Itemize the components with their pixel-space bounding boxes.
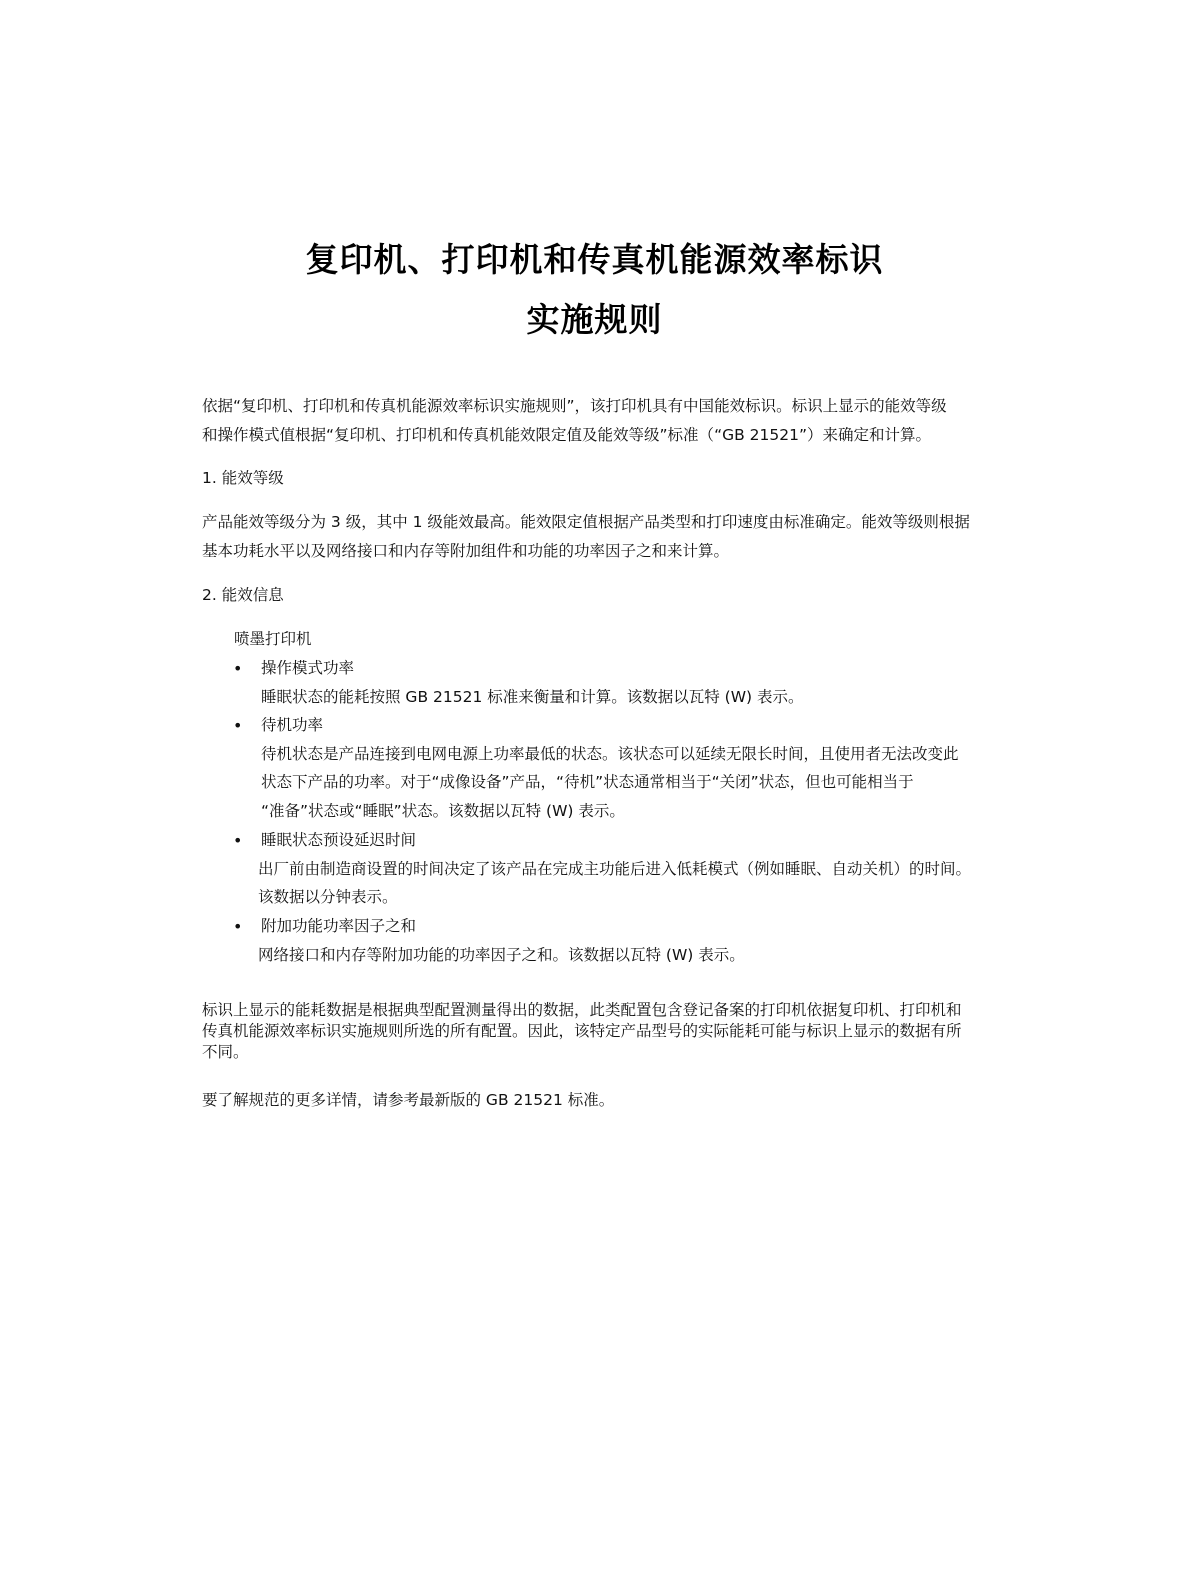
list-item-title: 附加功能功率因子之和	[261, 912, 1101, 941]
document-title-line1: 复印机、打印机和传真机能源效率标识	[0, 234, 1189, 281]
bullet-icon: •	[233, 711, 243, 740]
bullet-icon: •	[233, 826, 243, 855]
list-item-text: 出厂前由制造商设置的时间决定了该产品在完成主功能后进入低耗模式（例如睡眠、自动关…	[258, 855, 1098, 884]
bullet-icon: •	[233, 912, 243, 941]
intro-paragraph-line1: 依据“复印机、打印机和传真机能源效率标识实施规则”，该打印机具有中国能效标识。标…	[202, 392, 1042, 421]
section1-heading: 1. 能效等级	[202, 464, 1042, 493]
list-item-title: 操作模式功率	[261, 654, 1101, 683]
note-paragraph-line1: 标识上显示的能耗数据是根据典型配置测量得出的数据，此类配置包含登记备案的打印机依…	[202, 1000, 1042, 1020]
list-item-title: 睡眠状态预设延迟时间	[261, 826, 1101, 855]
list-item-text: 待机状态是产品连接到电网电源上功率最低的状态。该状态可以延续无限长时间，且使用者…	[261, 740, 1101, 769]
closing-paragraph: 要了解规范的更多详情，请参考最新版的 GB 21521 标准。	[202, 1086, 1042, 1115]
section1-body-line2: 基本功耗水平以及网络接口和内存等附加组件和功能的功率因子之和来计算。	[202, 537, 1042, 566]
list-item-title: 待机功率	[261, 711, 1101, 740]
section1-body-line1: 产品能效等级分为 3 级，其中 1 级能效最高。能效限定值根据产品类型和打印速度…	[202, 508, 1042, 537]
note-paragraph-line3: 不同。	[202, 1042, 1042, 1062]
note-paragraph-line2: 传真机能源效率标识实施规则所选的所有配置。因此，该特定产品型号的实际能耗可能与标…	[202, 1021, 1042, 1041]
list-item-text: 睡眠状态的能耗按照 GB 21521 标准来衡量和计算。该数据以瓦特 (W) 表…	[261, 683, 1101, 712]
section2-subheading: 喷墨打印机	[234, 625, 1074, 654]
section2-heading: 2. 能效信息	[202, 581, 1042, 610]
intro-paragraph-line2: 和操作模式值根据“复印机、打印机和传真机能效限定值及能效等级”标准（“GB 21…	[202, 421, 1042, 450]
list-item-text: 该数据以分钟表示。	[258, 883, 1098, 912]
list-item-text: 状态下产品的功率。对于“成像设备”产品，“待机”状态通常相当于“关闭”状态，但也…	[261, 768, 1101, 797]
list-item-text: 网络接口和内存等附加功能的功率因子之和。该数据以瓦特 (W) 表示。	[258, 941, 1098, 970]
list-item-text: “准备”状态或“睡眠”状态。该数据以瓦特 (W) 表示。	[261, 797, 1101, 826]
bullet-icon: •	[233, 654, 243, 683]
document-title-line2: 实施规则	[0, 294, 1189, 341]
